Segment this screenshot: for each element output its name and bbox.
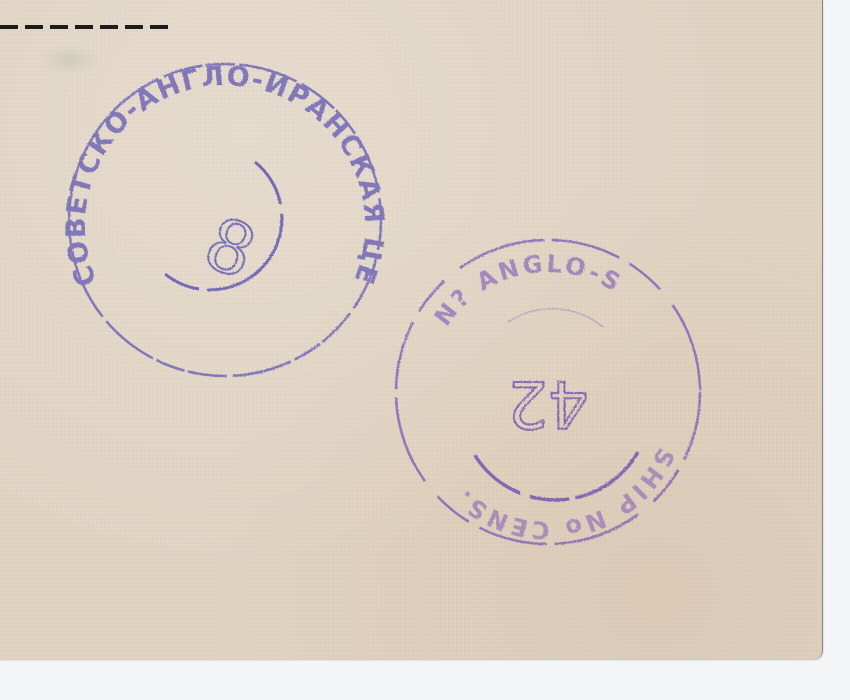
stamp-ring-text-top: N? ANGLO-S <box>429 250 628 331</box>
stamp-inner-arc <box>468 442 638 500</box>
stamp-center-number: 42 <box>507 366 588 440</box>
dashed-line <box>0 25 170 29</box>
soviet-censor-stamp: СОВЕТСКО-АНГЛО-ИРАНСКАЯ ЦЕНЗУРА 8 <box>60 52 390 392</box>
anglo-censor-stamp: N? ANGLO-S SHIP No CENS. 42 <box>388 232 718 552</box>
stamp-center-number: 8 <box>193 200 267 295</box>
